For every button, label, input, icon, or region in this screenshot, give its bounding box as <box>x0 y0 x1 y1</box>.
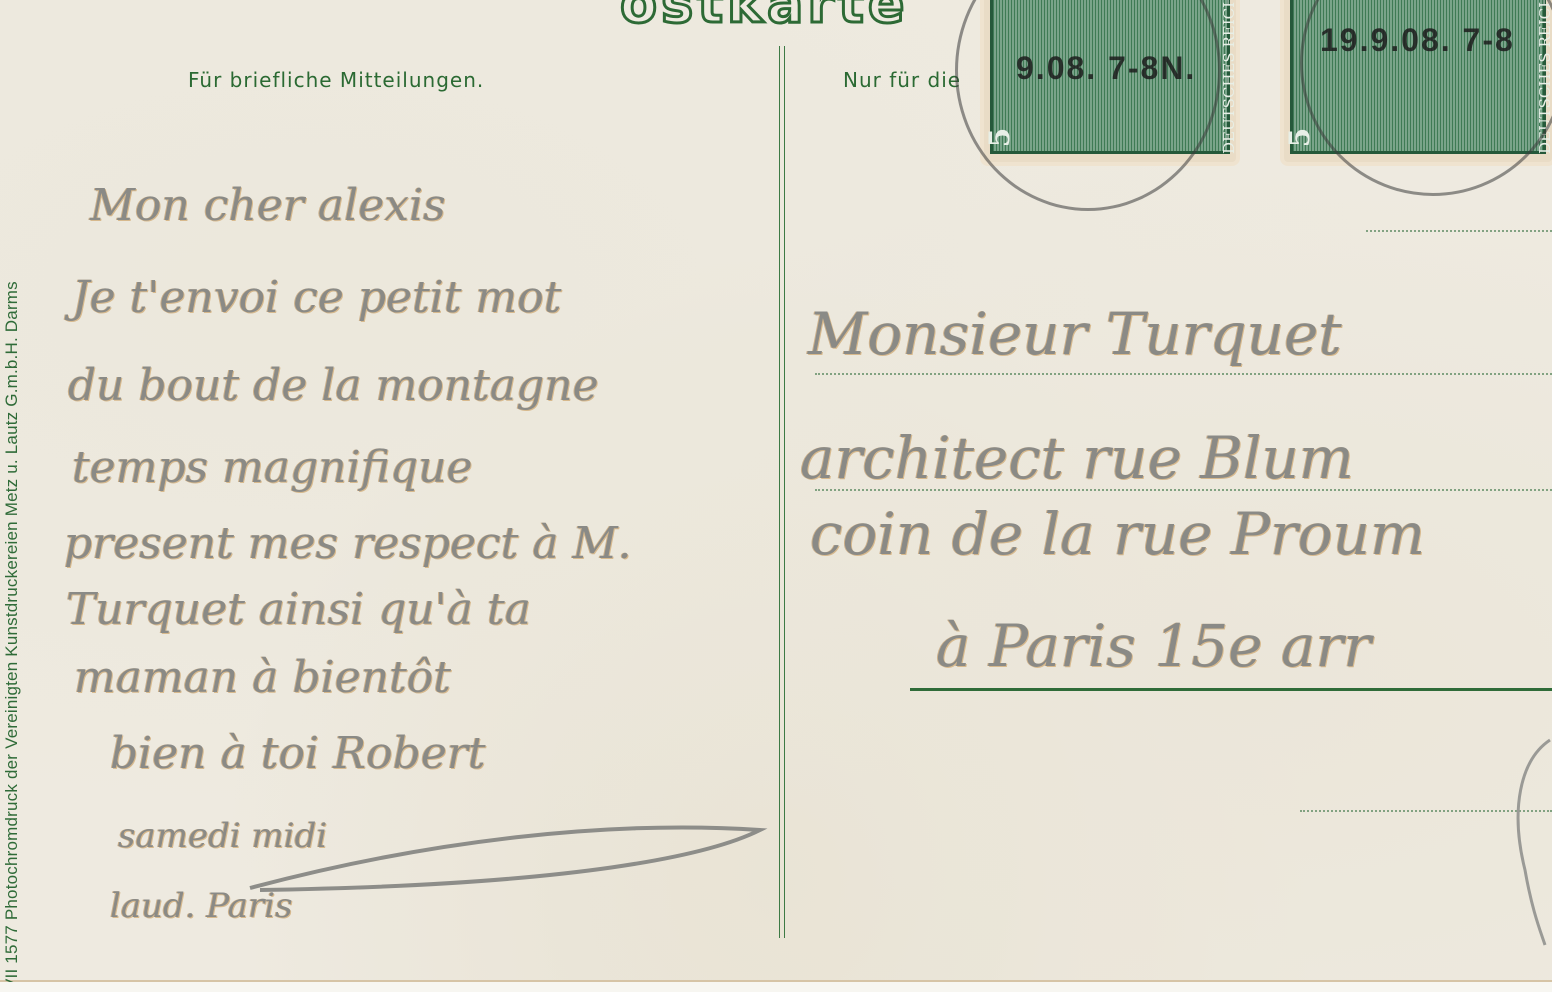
message-line: Mon cher alexis <box>90 180 446 231</box>
message-line: Je t'envoi ce petit mot <box>72 272 561 323</box>
postmark-date-2: 19.9.08. 7-8 <box>1320 22 1515 59</box>
postcard-back: ostkarte VII 1577 Photochromdruck der Ve… <box>0 0 1552 982</box>
message-line-signature: bien à toi Robert <box>110 728 486 779</box>
address-heading: Nur für die <box>843 68 961 92</box>
address-line-street: architect rue Blum <box>800 424 1354 492</box>
scan-margin <box>0 982 1552 992</box>
postkarte-title: ostkarte <box>620 0 908 35</box>
message-line: du bout de la montagne <box>68 360 599 411</box>
stamp-value: 5 <box>1283 128 1316 147</box>
message-line: maman à bientôt <box>74 652 451 703</box>
printer-imprint: VII 1577 Photochromdruck der Vereinigten… <box>2 0 22 990</box>
postmark-ring-1 <box>955 0 1221 211</box>
signature-flourish-icon <box>230 800 790 900</box>
address-line <box>1366 230 1552 232</box>
message-heading: Für briefliche Mitteilungen. <box>188 68 484 92</box>
corner-pencil-mark-icon <box>1490 720 1552 950</box>
message-line: present mes respect à M. <box>64 518 632 569</box>
address-line-name: Monsieur Turquet <box>808 300 1342 368</box>
address-line <box>815 373 1552 375</box>
stamp-country: DEUTSCHES REICH <box>1220 0 1238 154</box>
postmark-date-1: 9.08. 7-8N. <box>1016 50 1196 87</box>
address-line-city: à Paris 15e arr <box>936 612 1371 680</box>
message-line: temps magnifique <box>72 442 473 493</box>
address-line-underline <box>910 688 1552 691</box>
address-line-corner: coin de la rue Proum <box>810 500 1425 568</box>
message-line: Turquet ainsi qu'à ta <box>66 584 531 635</box>
